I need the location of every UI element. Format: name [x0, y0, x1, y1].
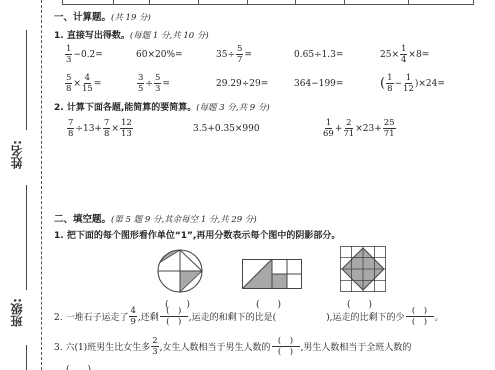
fraction: 57	[236, 44, 243, 65]
diamond-grid-figure	[340, 246, 386, 292]
section1-title-text: 一、计算题。	[54, 12, 111, 23]
fraction: 14	[400, 44, 407, 65]
section2-title: 二、填空题。(第 5 题 9 分,其余每空 1 分,共 29 分)	[54, 211, 257, 225]
s2-q3-continued-blank[interactable]: ( )	[66, 362, 91, 370]
calc-problem-3: 169+271×23+2571	[322, 118, 397, 139]
problem-1-3: 35÷57=	[216, 44, 252, 65]
problem-2-1: 58×415=	[64, 73, 101, 94]
problem-2-4: 364−199=	[294, 79, 343, 89]
blank-fraction[interactable]: ( )( )	[160, 306, 188, 327]
margin-line-top	[26, 30, 27, 130]
section1-note: (共 19 分)	[111, 13, 151, 23]
name-label: 姓名:	[8, 140, 25, 169]
s1-q2-label: 2. 计算下面各题,能简算的要简算。(每题 3 分,共 9 分)	[54, 100, 270, 113]
section2-title-text: 二、填空题。	[54, 214, 111, 225]
name-field-line	[26, 185, 27, 290]
blank-fraction[interactable]: ( )( )	[406, 306, 434, 327]
s2-q3: 3. 六(1)班男生比女生多 23 ,女生人数相当于男生人数的 ( )( ) ,…	[54, 336, 411, 357]
s1-q1-note: (每题 1 分,共 10 分)	[130, 31, 209, 41]
problem-2-5: (18−112)×24=	[380, 73, 445, 94]
problem-2-3: 29.29÷29=	[216, 79, 268, 89]
problem-2-2: 35÷53=	[136, 73, 170, 94]
s1-q2-note: (每题 3 分,共 9 分)	[196, 103, 269, 113]
cut-line	[41, 0, 42, 370]
blank-fraction[interactable]: ( )( )	[272, 336, 300, 357]
fraction: 13	[65, 44, 72, 65]
problem-1-4: 0.65÷1.3=	[294, 50, 343, 60]
score-table	[62, 0, 474, 5]
s2-q1-label: 1. 把下面的每个图形看作单位“1”,再用分数表示每个图中的阴影部分。	[54, 228, 340, 241]
class-label: 班级:	[8, 298, 25, 327]
s1-q1-text: 1. 直接写出得数。	[54, 31, 130, 41]
section1-title: 一、计算题。(共 19 分)	[54, 9, 151, 23]
s1-q2-text: 2. 计算下面各题,能简算的要简算。	[54, 103, 196, 113]
problem-1-5: 25×14×8=	[380, 44, 429, 65]
rectangle-figure	[242, 259, 302, 289]
s2-q2: 2. 一堆石子运走了 49 ,还剩 ( )( ) ,运走的和剩下的比是( ),运…	[54, 306, 444, 327]
section2-note: (第 5 题 9 分,其余每空 1 分,共 29 分)	[111, 215, 257, 225]
circle-figure	[156, 248, 204, 294]
calc-problem-2: 3.5+0.35×990	[193, 124, 260, 134]
class-field-line	[26, 345, 27, 370]
problem-1-2: 60×20%=	[136, 50, 183, 60]
s2-q1-text: 1. 把下面的每个图形看作单位“1”,再用分数表示每个图中的阴影部分。	[54, 231, 340, 241]
calc-problem-1: 78÷13+78×1213	[66, 118, 134, 139]
problem-1-1: 13−0.2=	[64, 44, 103, 65]
s1-q1-label: 1. 直接写出得数。(每题 1 分,共 10 分)	[54, 28, 209, 41]
